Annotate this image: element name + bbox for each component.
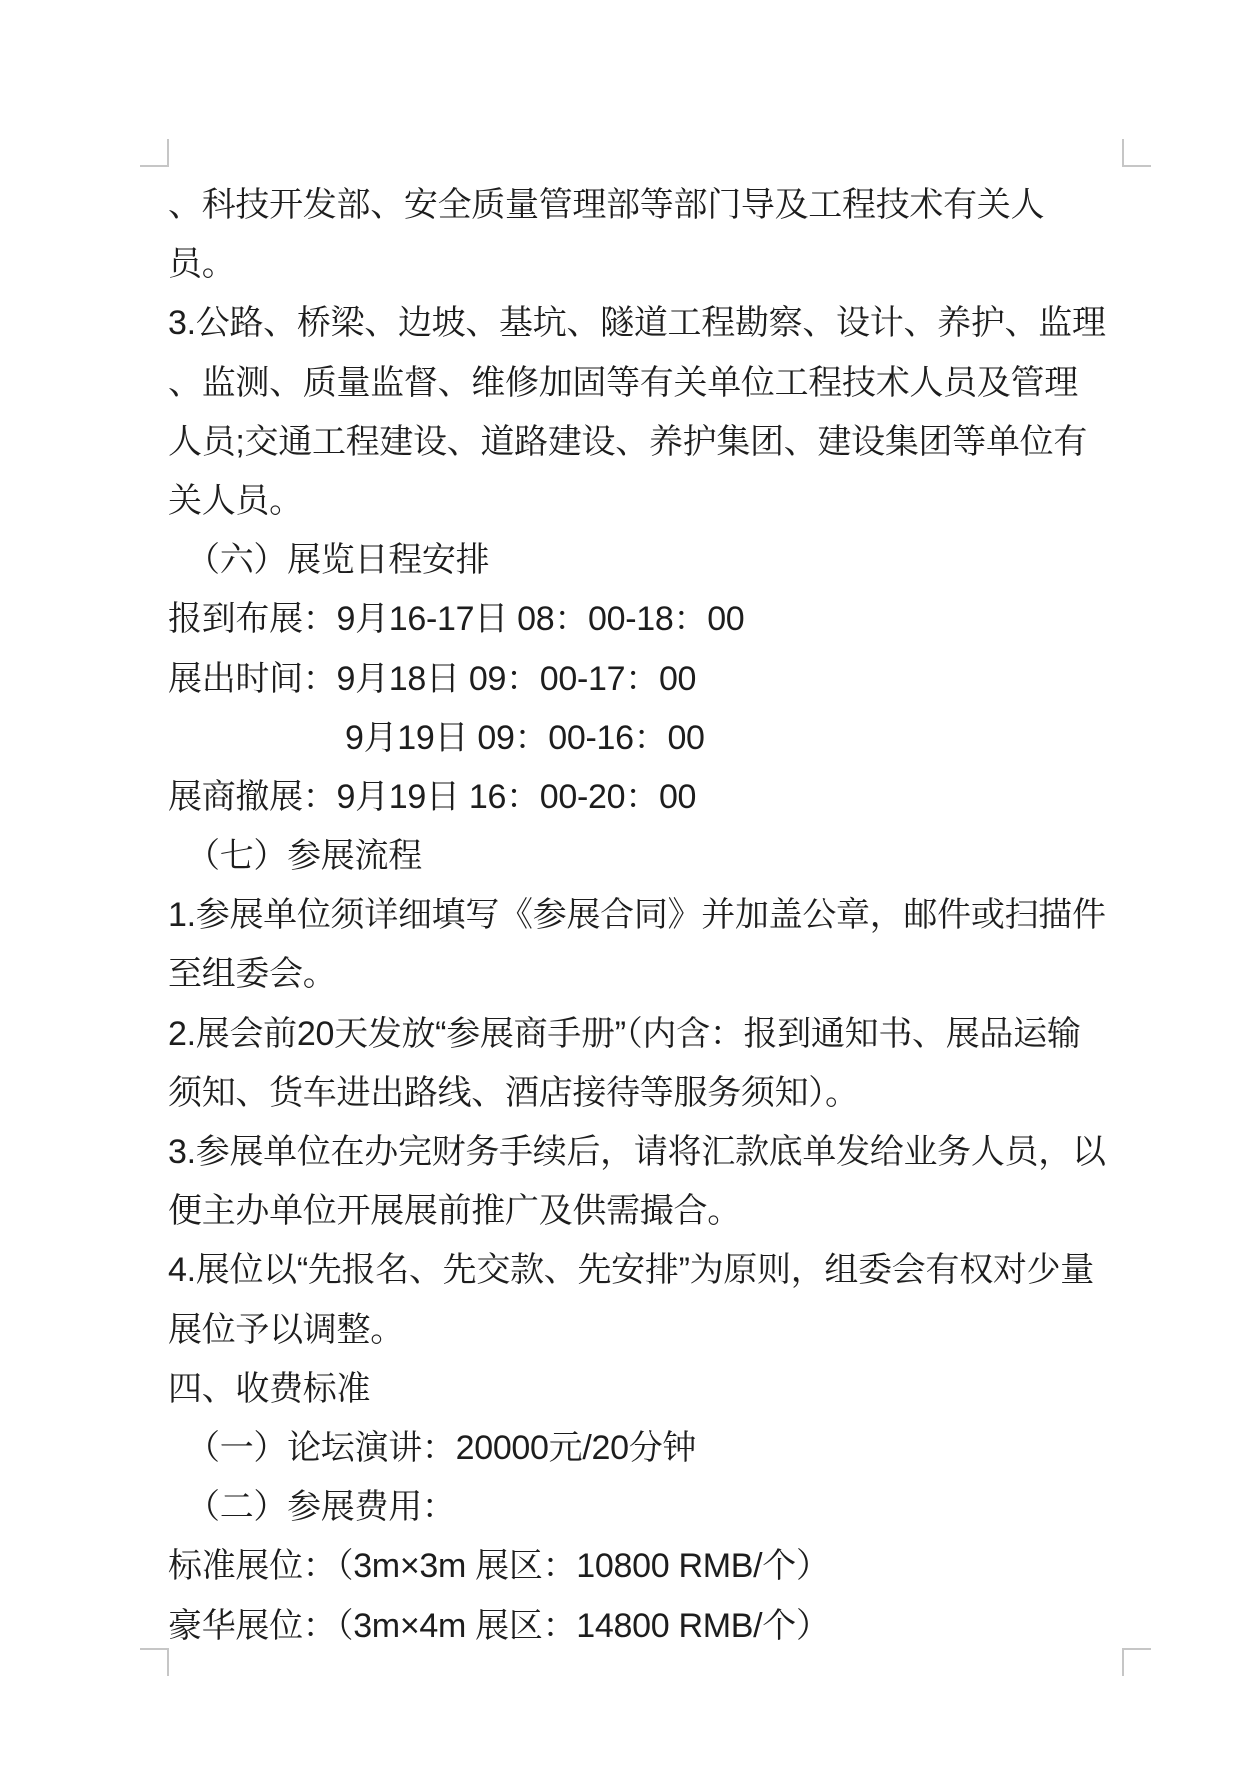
text-line: 9月19日 09：00-16：00 bbox=[168, 709, 1133, 768]
text-line: 关人员。 bbox=[168, 472, 1133, 531]
text-line: 须知、货车进出路线、酒店接待等服务须知）。 bbox=[168, 1064, 1133, 1123]
text-line: 展出时间：9月18日 09：00-17：00 bbox=[168, 650, 1133, 709]
text-line: 、科技开发部、安全质量管理部等部门导及工程技术有关人 bbox=[168, 176, 1133, 235]
text-line: 2.展会前20天发放“参展商手册”（内含：报到通知书、展品运输 bbox=[168, 1005, 1133, 1064]
text-line: 展商撤展：9月19日 16：00-20：00 bbox=[168, 768, 1133, 827]
section-heading: 四、收费标准 bbox=[168, 1360, 1133, 1419]
document-body: 、科技开发部、安全质量管理部等部门导及工程技术有关人 员。 3.公路、桥梁、边坡… bbox=[168, 176, 1133, 1656]
text-line: 3.参展单位在办完财务手续后，请将汇款底单发给业务人员，以 bbox=[168, 1123, 1133, 1182]
margin-corner-mark-bottom-left bbox=[140, 1648, 169, 1676]
text-line: （一）论坛演讲：20000元/20分钟 bbox=[168, 1419, 1133, 1478]
text-line: 、监测、质量监督、维修加固等有关单位工程技术人员及管理 bbox=[168, 354, 1133, 413]
text-line: 至组委会。 bbox=[168, 945, 1133, 1004]
text-line: 便主办单位开展展前推广及供需撮合。 bbox=[168, 1182, 1133, 1241]
text-line: 3.公路、桥梁、边坡、基坑、隧道工程勘察、设计、养护、监理 bbox=[168, 294, 1133, 353]
text-line: （二）参展费用： bbox=[168, 1478, 1133, 1537]
document-page: 、科技开发部、安全质量管理部等部门导及工程技术有关人 员。 3.公路、桥梁、边坡… bbox=[0, 0, 1260, 1780]
text-line: 豪华展位：（3m×4m 展区：14800 RMB/个） bbox=[168, 1597, 1133, 1656]
text-line: 人员;交通工程建设、道路建设、养护集团、建设集团等单位有 bbox=[168, 413, 1133, 472]
section-heading: （六）展览日程安排 bbox=[168, 531, 1133, 590]
text-line: 标准展位：（3m×3m 展区：10800 RMB/个） bbox=[168, 1537, 1133, 1596]
text-line: 报到布展：9月16-17日 08：00-18：00 bbox=[168, 590, 1133, 649]
section-heading: （七）参展流程 bbox=[168, 827, 1133, 886]
margin-corner-mark-top-right bbox=[1122, 139, 1151, 167]
text-line: 4.展位以“先报名、先交款、先安排”为原则，组委会有权对少量 bbox=[168, 1241, 1133, 1300]
margin-corner-mark-top-left bbox=[140, 139, 169, 167]
text-line: 1.参展单位须详细填写《参展合同》并加盖公章，邮件或扫描件 bbox=[168, 886, 1133, 945]
text-line: 展位予以调整。 bbox=[168, 1301, 1133, 1360]
text-line: 员。 bbox=[168, 235, 1133, 294]
